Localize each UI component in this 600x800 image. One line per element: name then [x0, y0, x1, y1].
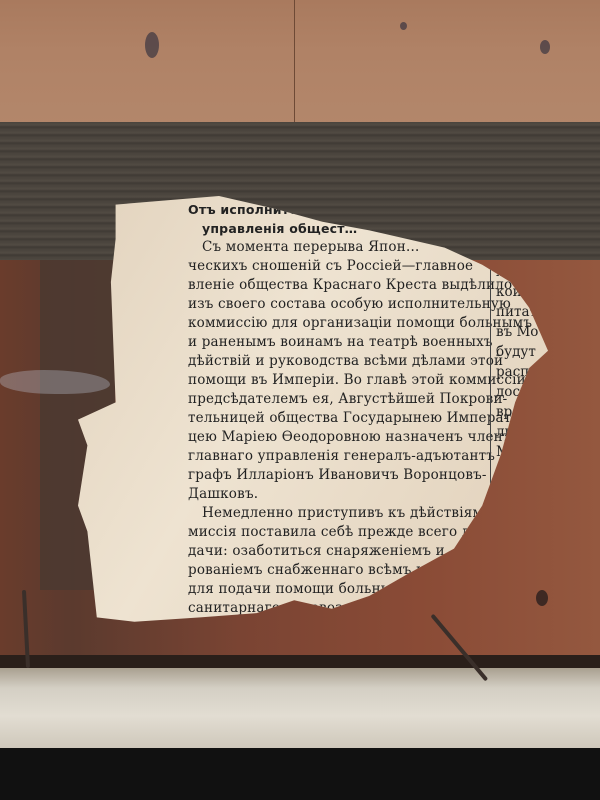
text-line: ческихъ сношеній съ Россіей—главное [188, 257, 488, 276]
ink-drop [536, 590, 548, 606]
column-rule [490, 258, 491, 498]
text-line: и раненымъ воинамъ на театрѣ военныхъ [188, 333, 488, 352]
paint-stain [145, 32, 159, 58]
text-line: Дашковъ. [188, 485, 488, 504]
text-line: главнаго управленія генералъ-адъютантъ [188, 447, 488, 466]
paint-stain [400, 22, 407, 30]
text-line: дѣйствій и руководства всѣми дѣлами этой [188, 352, 488, 371]
dark-bottom-edge [0, 748, 600, 800]
paint-stain [540, 40, 550, 54]
text-line: тельницей общества Государынею Императри… [188, 409, 488, 428]
wood-plank-top [0, 0, 600, 128]
text-line: коммиссію для организаціи помощи больным… [188, 314, 488, 333]
text-line: помощи въ Имперіи. Во главѣ этой коммисс… [188, 371, 488, 390]
text-line: цею Маріею Ѳеодоровною назначенъ членъ [188, 428, 488, 447]
text-line: предсѣдателемъ ея, Августѣйшей Покрови- [188, 390, 488, 409]
wood-plank-whitewashed [0, 668, 600, 748]
text-line: изъ своего состава особую исполнительную [188, 295, 488, 314]
text-line: Немедленно приступивъ къ дѣйствіямъ, ко- [188, 504, 488, 523]
text-line: вленіе общества Краснаго Креста выдѣлило [188, 276, 488, 295]
text-line: графъ Илларіонъ Ивановичъ Воронцовъ- [188, 466, 488, 485]
text-line: миссія поставила себѣ прежде всего двѣ з… [188, 523, 488, 542]
